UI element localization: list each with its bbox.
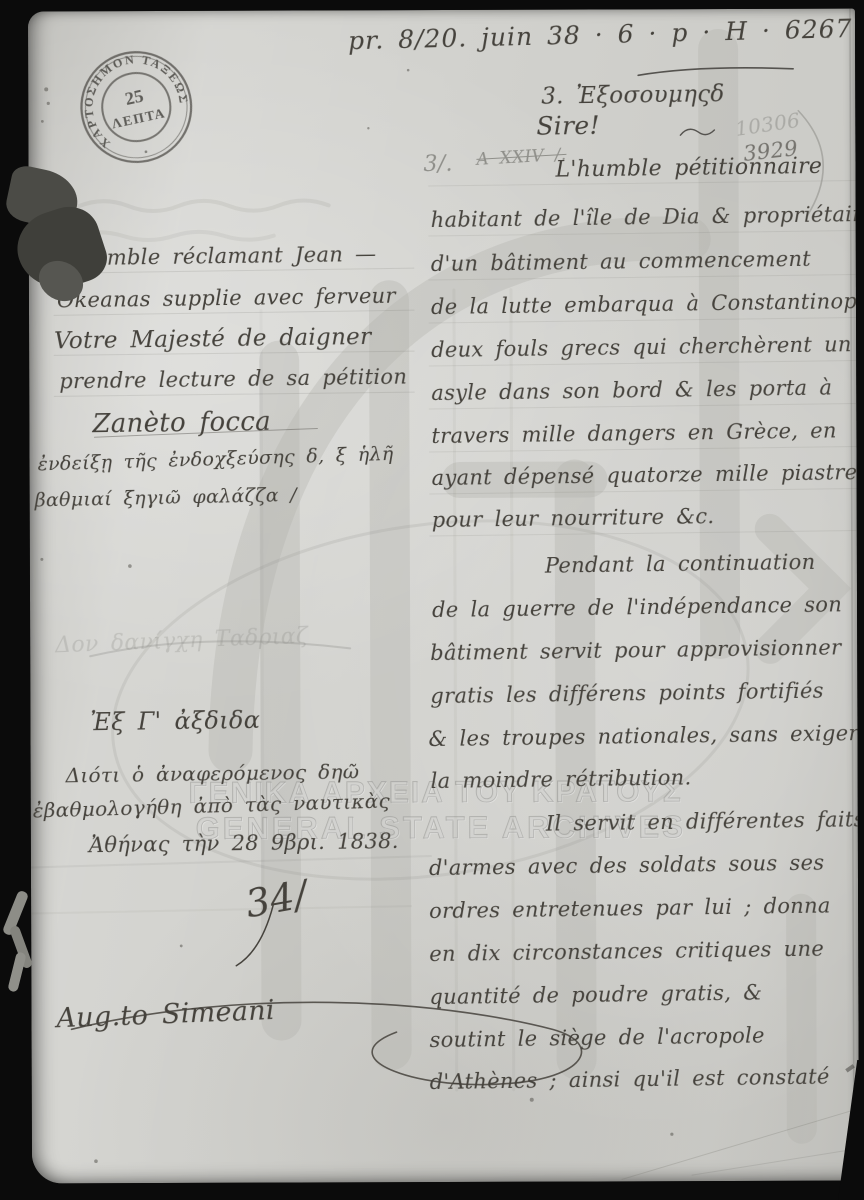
petition-line: prendre lecture de sa pétition xyxy=(59,364,407,393)
petition-line: Votre Majesté de daigner xyxy=(54,324,372,354)
petition-line: Okeanas supplie avec ferveur xyxy=(57,284,396,313)
binding-thread xyxy=(7,951,26,992)
attestation-line: Διότι ὁ ἀναφερόμενος δηῶ xyxy=(65,759,359,787)
petition-text-line: soutint le siège de l'acropole xyxy=(429,1023,765,1052)
attestation-date-line: Ἀθήνας τὴν 28 9βρι. 1838. xyxy=(89,829,399,857)
document-scan: ΓΕΝΙΚΑ ΑΡΧΕΙΑ ΤΟΥ ΚΡΑΤΟΥΣ GENERAL STATE … xyxy=(0,0,864,1200)
petitioner-name: Zanèto focca xyxy=(92,407,271,439)
petition-text-line: Pendant la continuation xyxy=(545,550,816,578)
petition-text-line: quantité de poudre gratis, & xyxy=(429,980,762,1009)
petition-text-line: L'humble pétitionnaire xyxy=(555,154,822,183)
stamp-unit: ΛΕΠΤΑ xyxy=(110,105,167,131)
docket-line: 3. Ἐξοσουμηςδ xyxy=(541,81,725,110)
petition-text-line: la moindre rétribution. xyxy=(430,765,691,793)
stamp-value: 25 xyxy=(123,86,145,109)
page-mark: 3/. xyxy=(423,152,453,177)
document-page: ΓΕΝΙΚΑ ΑΡΧΕΙΑ ΤΟΥ ΚΡΑΤΟΥΣ GENERAL STATE … xyxy=(28,9,859,1184)
attestation-heading: Ἐξ Γ' ἀξδιδα xyxy=(90,706,260,736)
petition-text-line: pour leur nourriture &c. xyxy=(432,504,715,532)
salutation: Sire! xyxy=(536,111,600,141)
petition-text-line: Il servit en différentes faits xyxy=(546,807,859,835)
revenue-stamp: ΧΑΡΤΟΣΗΜΟΝ ΤΑΞΕΩΣ 25 ΛΕΠΤΑ xyxy=(58,29,215,186)
